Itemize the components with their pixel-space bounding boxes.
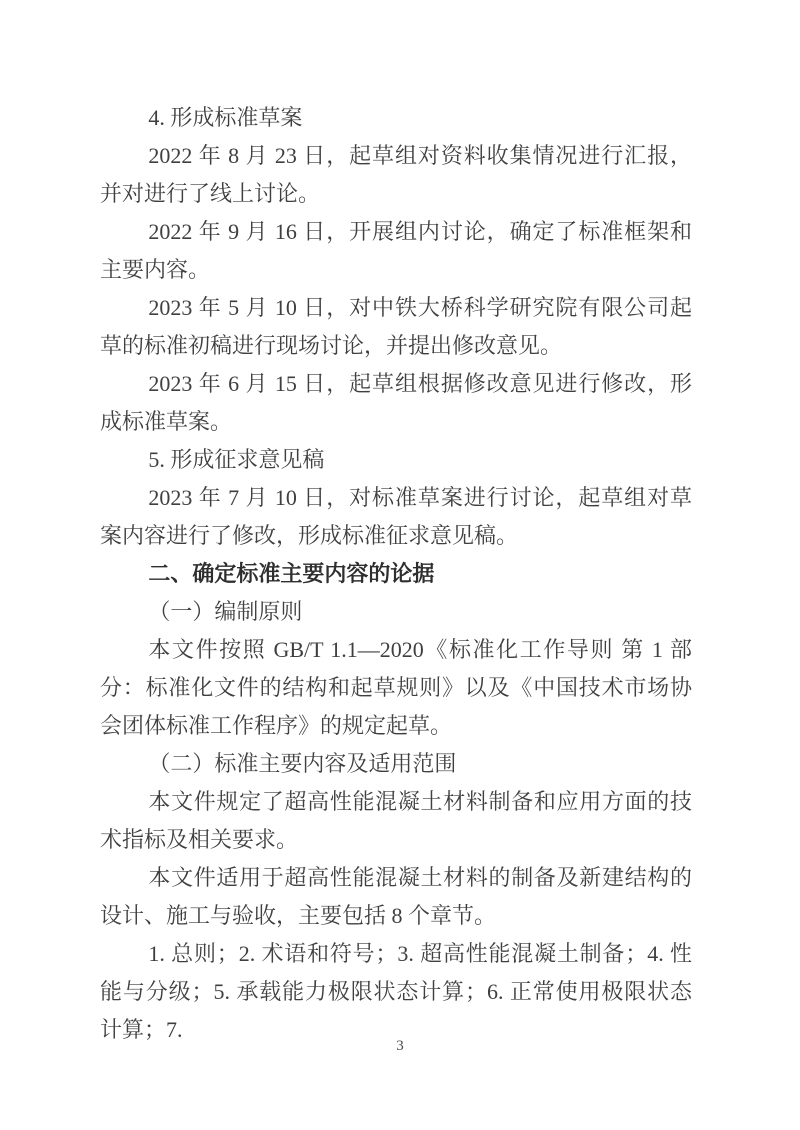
paragraph-2023-07-10: 2023 年 7 月 10 日，对标准草案进行讨论，起草组对草案内容进行了修改，… <box>100 479 692 555</box>
paragraph-step4-title: 4. 形成标准草案 <box>100 99 692 137</box>
paragraph-2023-06-15: 2023 年 6 月 15 日，起草组根据修改意见进行修改，形成标准草案。 <box>100 365 692 441</box>
paragraph-2022-09-16: 2022 年 9 月 16 日，开展组内讨论，确定了标准框架和主要内容。 <box>100 213 692 289</box>
section-heading-2: 二、确定标准主要内容的论据 <box>100 555 692 593</box>
paragraph-2023-05-10: 2023 年 5 月 10 日，对中铁大桥科学研究院有限公司起草的标准初稿进行现… <box>100 289 692 365</box>
paragraph-drafting-principle: 本文件按照 GB/T 1.1—2020《标准化工作导则 第 1 部分：标准化文件… <box>100 631 692 745</box>
subsection-heading-2: （二）标准主要内容及适用范围 <box>100 745 692 783</box>
paragraph-scope-1: 本文件规定了超高性能混凝土材料制备和应用方面的技术指标及相关要求。 <box>100 783 692 859</box>
subsection-heading-1: （一）编制原则 <box>100 593 692 631</box>
paragraph-2022-08-23: 2022 年 8 月 23 日，起草组对资料收集情况进行汇报，并对进行了线上讨论… <box>100 137 692 213</box>
paragraph-chapter-list: 1. 总则；2. 术语和符号；3. 超高性能混凝土制备；4. 性能与分级；5. … <box>100 935 692 1049</box>
paragraph-scope-2: 本文件适用于超高性能混凝土材料的制备及新建结构的设计、施工与验收，主要包括 8 … <box>100 859 692 935</box>
document-page: 4. 形成标准草案 2022 年 8 月 23 日，起草组对资料收集情况进行汇报… <box>0 0 800 1130</box>
page-number: 3 <box>0 1036 800 1056</box>
document-body: 4. 形成标准草案 2022 年 8 月 23 日，起草组对资料收集情况进行汇报… <box>100 99 692 1049</box>
paragraph-step5-title: 5. 形成征求意见稿 <box>100 441 692 479</box>
